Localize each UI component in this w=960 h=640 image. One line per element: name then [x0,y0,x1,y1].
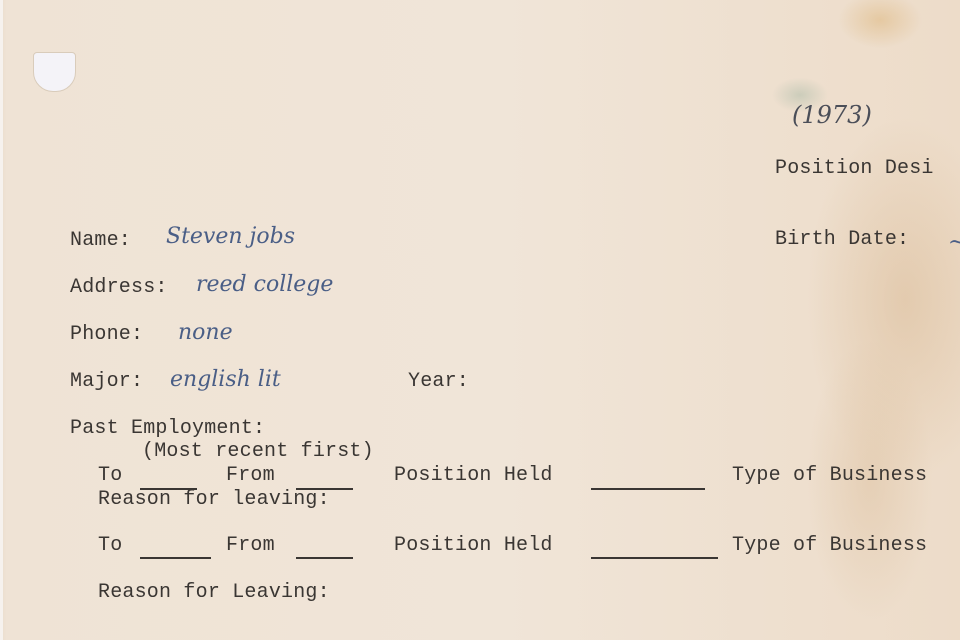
entry2-from-blank[interactable] [296,557,353,559]
entry2-business-label: Type of Business [732,536,927,556]
paper-edge [0,0,3,640]
year-label: Year: [408,372,469,392]
entry2-to-label: To [98,536,122,556]
major-value[interactable]: english lit [170,369,281,391]
past-employment-note: (Most recent first) [142,442,374,462]
entry2-position-blank[interactable] [591,557,718,559]
entry2-reason-label: Reason for Leaving: [98,583,330,603]
entry1-position-label: Position Held [394,466,553,486]
entry1-reason-label: Reason for leaving: [98,490,330,510]
position-desired-label: Position Desi [775,159,934,179]
address-label: Address: [70,278,168,298]
phone-label: Phone: [70,325,143,345]
year-annotation: (1973) [792,103,872,127]
phone-value[interactable]: none [178,322,233,344]
entry1-from-label: From [226,466,275,486]
entry2-to-blank[interactable] [140,557,211,559]
punch-hole [33,52,76,92]
name-label: Name: [70,231,131,251]
entry2-position-label: Position Held [394,536,553,556]
past-employment-label: Past Employment: [70,419,265,439]
entry2-from-label: From [226,536,275,556]
name-value[interactable]: Steven jobs [166,226,295,248]
birth-date-value: ~ [948,232,960,254]
birth-date-label: Birth Date: [775,230,909,250]
entry1-to-label: To [98,466,122,486]
entry1-position-blank[interactable] [591,488,705,490]
entry1-business-label: Type of Business [732,466,927,486]
major-label: Major: [70,372,143,392]
address-value[interactable]: reed college [196,274,333,296]
